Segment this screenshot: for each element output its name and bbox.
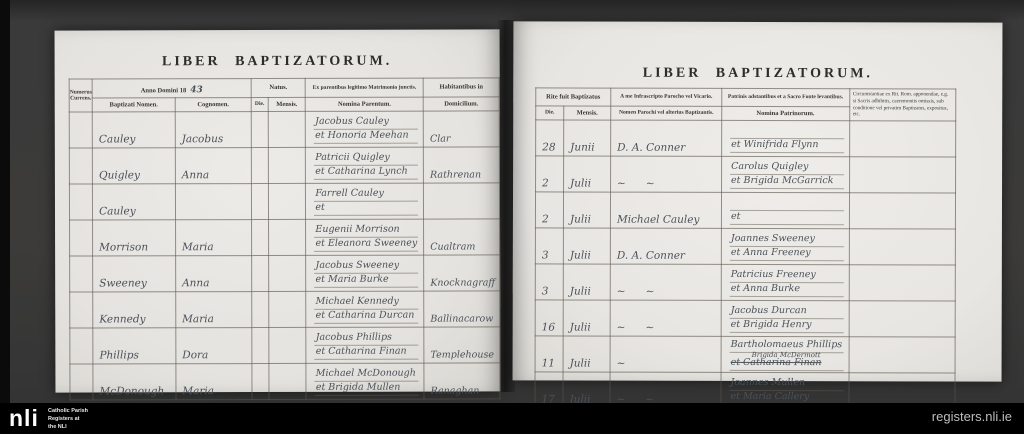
mensis-cell	[268, 147, 306, 183]
header-circumstances: Circumstantiae ex Rit. Rom. apponendae, …	[849, 89, 955, 121]
sponsor-two: et Winifrida Flynn	[730, 139, 844, 152]
nli-logo-caption: Catholic Parish Registers at the NLI	[48, 408, 88, 432]
firstname-cell: Anna	[176, 256, 252, 292]
header-mensis: Mensis.	[268, 97, 305, 111]
mensis-cell	[268, 111, 306, 147]
numerus-cell	[69, 184, 92, 220]
header-minister-group: A me Infrascripto Parocho vel Vicario.	[611, 88, 722, 106]
sponsors-cell: Carolus Quigley et Brigida McGarrick	[722, 156, 850, 192]
die-cell	[252, 328, 269, 364]
die-cell	[252, 292, 269, 328]
baptism-day-cell: 2	[535, 192, 563, 228]
table-row: 11 Julii ~ Bartholomaeus Phillips Brigid…	[535, 336, 955, 373]
surname-cell: Quigley	[92, 148, 175, 184]
parents-cell: Patricii Quigley et Catharina Lynch	[306, 147, 424, 183]
baptism-day-cell: 3	[535, 228, 563, 264]
header-die: Die.	[251, 98, 268, 112]
mensis-cell	[269, 291, 307, 327]
mensis-cell	[269, 255, 307, 291]
mother-name: et Brigida Mullen	[315, 382, 419, 395]
table-row: McDonough Maria Michael McDonough et Bri…	[70, 363, 500, 400]
firstname-cell: Maria	[176, 292, 252, 328]
sponsor-two: et Brigida McGarrick	[730, 175, 844, 188]
baptism-month-cell: Julii	[563, 192, 610, 228]
header-domicilium: Domicilium.	[423, 97, 499, 111]
surname-cell: McDonough	[93, 364, 176, 400]
sponsors-cell: et Winifrida Flynn	[722, 120, 850, 156]
surname-cell: Sweeney	[93, 256, 176, 292]
domicile-cell: Ranaghan	[424, 363, 500, 399]
parents-cell: Jacobus Sweeney et Maria Burke	[306, 255, 424, 291]
header-die: Die.	[536, 105, 564, 120]
die-cell	[252, 220, 269, 256]
header-parents-group: Ex parentibus legitimo Matrimonio juncti…	[306, 78, 424, 97]
father-name: Patricii Quigley	[314, 152, 418, 165]
table-row: 2 Julii Michael Cauley et	[535, 192, 955, 229]
domicile-cell: Rathrenan	[423, 147, 499, 183]
mother-name: et Catharina Durcan	[315, 310, 419, 323]
baptism-month-cell: Julii	[563, 300, 610, 336]
table-row: 28 Junii D. A. Conner et Winifrida Flynn	[536, 120, 956, 157]
anno-year-handwritten: 43	[190, 85, 203, 95]
header-rite-baptizatus: Rite fuit Baptizatus	[536, 88, 611, 106]
numerus-cell	[70, 256, 93, 292]
mother-name: et Eleanora Sweeney	[314, 238, 418, 251]
parents-cell: Eugenii Morrison et Eleanora Sweeney	[306, 219, 424, 255]
mensis-cell	[268, 219, 306, 255]
table-row: Cauley Jacobus Jacobus Cauley et Honoria…	[69, 111, 499, 148]
father-name: Jacobus Cauley	[314, 116, 418, 129]
sponsor-one	[730, 125, 844, 138]
firstname-cell: Jacobus	[175, 112, 251, 148]
circumstances-cell	[849, 193, 955, 229]
caption-line: Registers at	[48, 416, 88, 424]
header-cognomen: Cognomen.	[175, 98, 251, 112]
site-url-text: registers.nli.ie	[932, 409, 1012, 424]
surname-cell: Cauley	[93, 184, 176, 220]
header-sponsors-group: Patrinis adstantibus et a Sacro Fonte le…	[722, 88, 850, 106]
baptism-day-cell: 2	[536, 156, 564, 192]
firstname-cell: Anna	[175, 148, 251, 184]
sponsor-two: et Brigida Henry	[730, 319, 844, 332]
numerus-cell	[70, 364, 93, 400]
baptism-table-right: Rite fuit Baptizatus A me Infrascripto P…	[534, 87, 955, 409]
die-cell	[252, 364, 269, 400]
father-name: Jacobus Sweeney	[314, 260, 418, 273]
circumstances-cell	[849, 337, 955, 373]
numerus-cell	[70, 292, 93, 328]
domicile-cell: Templehouse	[424, 327, 500, 363]
nli-logo: nli	[9, 406, 39, 431]
parents-cell: Michael Kennedy et Catharina Durcan	[306, 291, 424, 327]
numerus-cell	[70, 328, 93, 364]
table-row: Morrison Maria Eugenii Morrison et Elean…	[70, 219, 500, 256]
header-natus: Natus.	[251, 78, 305, 97]
viewer-footer-bar: nli Catholic Parish Registers at the NLI…	[0, 403, 1024, 434]
sponsor-two: et Anna Freeney	[730, 247, 844, 260]
numerus-cell	[69, 148, 92, 184]
page-title: LIBER BAPTIZATORUM.	[513, 65, 1002, 82]
caption-line: Catholic Parish	[48, 408, 88, 416]
father-name: Michael Kennedy	[315, 296, 419, 309]
baptism-month-cell: Junii	[564, 120, 611, 156]
numerus-cell	[69, 112, 92, 148]
scan-edge-strip	[0, 0, 10, 403]
header-habitantibus: Habitantibus in	[423, 78, 499, 97]
surname-cell: Morrison	[93, 220, 176, 256]
baptism-day-cell: 3	[535, 264, 563, 300]
baptism-month-cell: Julii	[563, 336, 610, 372]
parents-cell: Michael McDonough et Brigida Mullen	[306, 363, 424, 399]
father-name: Farrell Cauley	[314, 188, 418, 201]
minister-cell: ~ ~	[610, 300, 721, 336]
domicile-cell	[424, 183, 500, 219]
circumstances-cell	[849, 121, 955, 157]
sponsors-cell: et	[721, 192, 849, 228]
table-row: Cauley Farrell Cauley et	[69, 183, 499, 220]
minister-cell: D. A. Conner	[611, 120, 722, 156]
header-anno-domini: Anno Domini 18 43	[92, 79, 251, 98]
sponsor-one: Jacobus Durcan	[730, 305, 844, 318]
minister-cell: ~ ~	[611, 156, 722, 192]
sponsor-one: Joannes Mullen	[730, 377, 844, 390]
domicile-cell: Knocknagraff	[424, 255, 500, 291]
register-left-page: LIBER BAPTIZATORUM. Numerus Currens. Ann…	[55, 29, 501, 392]
header-mensis: Mensis.	[564, 106, 611, 121]
table-row: Phillips Dora Jacobus Phillips et Cathar…	[70, 327, 500, 364]
baptism-day-cell: 28	[536, 120, 564, 156]
firstname-cell: Maria	[175, 220, 251, 256]
sponsor-two-struck: et Catharina Finan	[730, 357, 844, 370]
father-name: Michael McDonough	[315, 368, 419, 381]
parents-cell: Farrell Cauley et	[306, 183, 424, 219]
scanned-register-image: LIBER BAPTIZATORUM. Numerus Currens. Ann…	[0, 0, 1024, 403]
table-row: 16 Julii ~ ~ Jacobus Durcan et Brigida H…	[535, 300, 955, 337]
register-right-page: LIBER BAPTIZATORUM. Rite fuit Baptizatus…	[513, 21, 1003, 381]
surname-cell: Cauley	[92, 112, 175, 148]
baptism-month-cell: Julii	[563, 228, 610, 264]
surname-cell: Phillips	[93, 328, 176, 364]
die-cell	[251, 148, 268, 184]
domicile-cell: Clar	[423, 111, 499, 147]
table-row: Kennedy Maria Michael Kennedy et Cathari…	[70, 291, 500, 328]
firstname-cell: Maria	[176, 364, 252, 400]
header-numerus: Numerus Currens.	[69, 79, 92, 112]
mensis-cell	[269, 363, 307, 399]
sponsor-two: et Anna Burke	[730, 283, 844, 296]
header-minister-sub: Nomen Parochi vel alterius Baptizantis.	[611, 106, 722, 121]
minister-cell: ~	[610, 336, 721, 372]
mother-name: et Honoria Meehan	[314, 130, 418, 143]
header-nomina-patrinorum: Nomina Patrinorum.	[722, 106, 850, 121]
die-cell	[251, 112, 268, 148]
sponsors-cell: Jacobus Durcan et Brigida Henry	[721, 300, 849, 336]
table-row: 2 Julii ~ ~ Carolus Quigley et Brigida M…	[536, 156, 956, 193]
firstname-cell: Dora	[176, 328, 252, 364]
table-row: 3 Julii ~ ~ Patricius Freeney et Anna Bu…	[535, 264, 955, 301]
minister-cell: Michael Cauley	[610, 192, 721, 228]
sponsor-two: et	[730, 211, 844, 224]
domicile-cell: Cualtram	[424, 219, 500, 255]
baptism-day-cell: 16	[535, 300, 563, 336]
parents-cell: Jacobus Cauley et Honoria Meehan	[306, 111, 424, 147]
circumstances-cell	[849, 301, 955, 337]
father-name: Eugenii Morrison	[314, 224, 418, 237]
mensis-cell	[269, 327, 307, 363]
sponsors-cell: Patricius Freeney et Anna Burke	[721, 264, 849, 300]
domicile-cell: Ballinacarow	[424, 291, 500, 327]
mother-name: et Catharina Lynch	[314, 166, 418, 179]
minister-cell: D. A. Conner	[610, 228, 721, 264]
circumstances-cell	[849, 265, 955, 301]
minister-cell: ~ ~	[610, 264, 721, 300]
circumstances-cell	[849, 229, 955, 265]
table-row: Sweeney Anna Jacobus Sweeney et Maria Bu…	[70, 255, 500, 292]
sponsor-one	[730, 197, 844, 210]
mother-name: et	[314, 202, 418, 215]
mother-name: et Catharina Finan	[315, 346, 419, 359]
header-baptizati-nomen: Baptizati Nomen.	[92, 98, 175, 112]
mensis-cell	[268, 183, 306, 219]
baptism-month-cell: Julii	[563, 264, 610, 300]
mother-name: et Maria Burke	[315, 274, 419, 287]
header-nomina-parentum: Nomina Parentum.	[306, 97, 424, 111]
baptism-month-cell: Julii	[564, 156, 611, 192]
table-row: Quigley Anna Patricii Quigley et Cathari…	[69, 147, 499, 184]
father-name: Jacobus Phillips	[315, 332, 419, 345]
numerus-cell	[70, 220, 93, 256]
die-cell	[251, 184, 268, 220]
caption-line: the NLI	[48, 424, 88, 432]
sponsors-cell: Bartholomaeus Phillips Brigida McDermott…	[721, 336, 849, 372]
sponsors-cell: Joannes Sweeney et Anna Freeney	[721, 228, 849, 264]
page-title: LIBER BAPTIZATORUM.	[55, 53, 500, 70]
sponsor-one: Carolus Quigley	[730, 161, 844, 174]
sponsor-one: Patricius Freeney	[730, 269, 844, 282]
baptism-day-cell: 11	[535, 336, 563, 372]
surname-cell: Kennedy	[93, 292, 176, 328]
anno-domini-label: Anno Domini 18	[141, 87, 187, 94]
firstname-cell	[175, 184, 251, 220]
sponsor-one: Joannes Sweeney	[730, 233, 844, 246]
baptism-table-left: Numerus Currens. Anno Domini 18 43 Natus…	[69, 77, 501, 400]
circumstances-cell	[849, 157, 955, 193]
die-cell	[252, 256, 269, 292]
table-row: 3 Julii D. A. Conner Joannes Sweeney et …	[535, 228, 955, 265]
parents-cell: Jacobus Phillips et Catharina Finan	[306, 327, 424, 363]
